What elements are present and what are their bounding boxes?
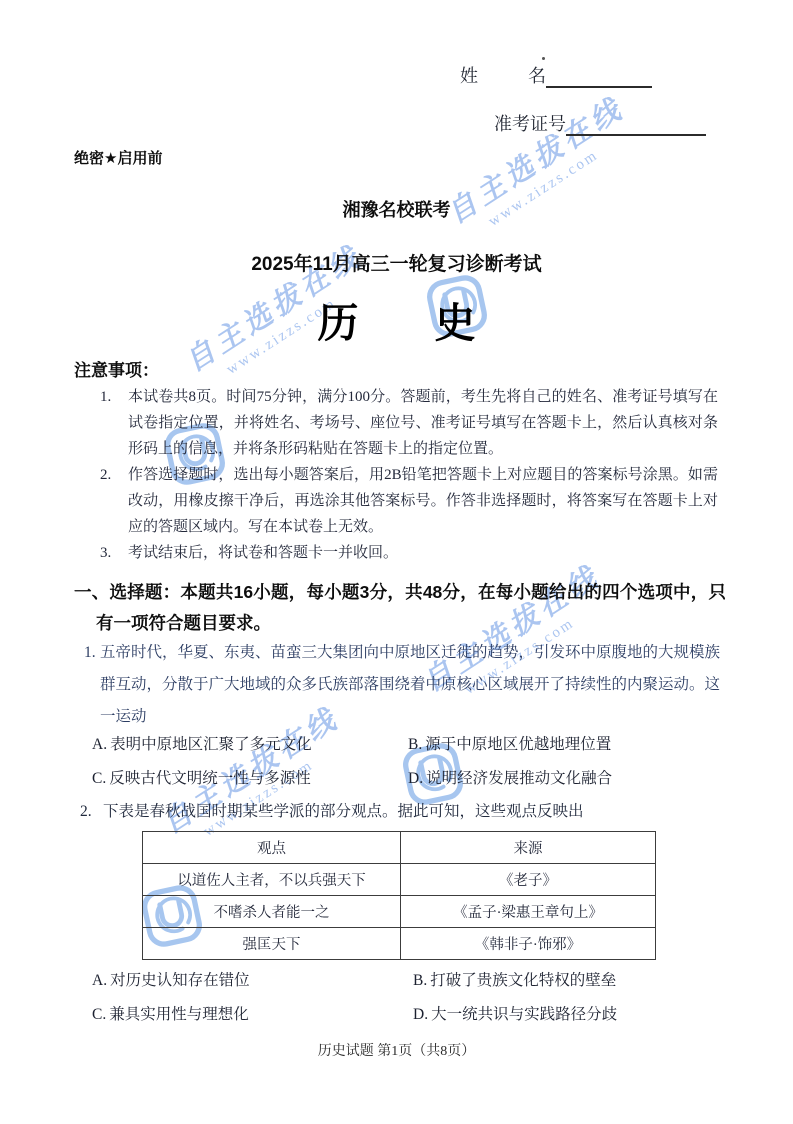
table-cell-viewpoint: 以道佐人主者，不以兵强天下 <box>143 864 401 896</box>
table-cell-viewpoint: 强匡天下 <box>143 928 401 960</box>
option-a: A.表明中原地区汇聚了多元文化 <box>92 728 408 762</box>
option-label: A. <box>92 972 107 989</box>
exam-no-blank-line <box>566 112 706 136</box>
notice-item-number: 2. <box>100 462 111 488</box>
option-label: B. <box>413 972 427 989</box>
scan-speck <box>542 57 545 60</box>
notice-item-number: 3. <box>100 540 111 566</box>
notice-item-text: 考试结束后，将试卷和答题卡一并收回。 <box>128 545 398 561</box>
name-blank-line <box>546 64 652 88</box>
option-text: 大一统共识与实践路径分歧 <box>431 1006 617 1023</box>
notice-heading: 注意事项： <box>74 356 159 381</box>
notice-item-text: 本试卷共8页。时间75分钟，满分100分。答题前，考生先将自己的姓名、准考证号填… <box>128 389 718 457</box>
option-c: C.反映古代文明统一性与多源性 <box>92 762 408 796</box>
option-b: B.源于中原地区优越地理位置 <box>408 728 612 762</box>
notice-item-number: 1. <box>100 384 111 410</box>
option-c: C.兼具实用性与理想化 <box>92 998 413 1032</box>
option-text: 表明中原地区汇聚了多元文化 <box>110 736 312 753</box>
option-text: 兼具实用性与理想化 <box>109 1006 249 1023</box>
section-heading: 一、选择题：本题共16小题，每小题3分，共48分，在每小题给出的四个选项中，只有… <box>74 577 726 639</box>
exam-paper-page: 自主选拔在线 www.zizzs.com 自主选拔在线 www.zizzs.co… <box>0 0 793 1124</box>
option-text: 说明经济发展推动文化融合 <box>426 770 612 787</box>
option-label: A. <box>92 736 107 753</box>
notice-item: 3. 考试结束后，将试卷和答题卡一并收回。 <box>98 540 718 566</box>
table-row: 以道佐人主者，不以兵强天下 《老子》 <box>143 864 656 896</box>
joint-exam-title: 湘豫名校联考 <box>0 196 793 222</box>
option-b: B.打破了贵族文化特权的壁垒 <box>413 964 617 998</box>
table-row: 强匡天下 《韩非子·饰邪》 <box>143 928 656 960</box>
question-1-options: A.表明中原地区汇聚了多元文化 B.源于中原地区优越地理位置 C.反映古代文明统… <box>92 728 612 796</box>
subject-title-text: 历史 <box>318 300 552 346</box>
option-a: A.对历史认知存在错位 <box>92 964 413 998</box>
question-2: 2. 下表是春秋战国时期某些学派的部分观点。据此可知，这些观点反映出 <box>78 797 720 827</box>
option-d: D.大一统共识与实践路径分歧 <box>413 998 617 1032</box>
option-label: D. <box>413 1006 428 1023</box>
exam-session-title: 2025年11月高三一轮复习诊断考试 <box>0 249 793 276</box>
table-cell-source: 《老子》 <box>401 864 656 896</box>
table-header-source: 来源 <box>401 832 656 864</box>
page-footer: 历史试题 第1页（共8页） <box>0 1040 793 1060</box>
table-cell-source: 《韩非子·饰邪》 <box>401 928 656 960</box>
question-2-options: A.对历史认知存在错位 B.打破了贵族文化特权的壁垒 C.兼具实用性与理想化 D… <box>92 964 617 1032</box>
question-2-number: 2. <box>80 797 92 827</box>
option-d: D.说明经济发展推动文化融合 <box>408 762 612 796</box>
option-text: 打破了贵族文化特权的壁垒 <box>430 972 616 989</box>
option-label: D. <box>408 770 423 787</box>
question-2-text: 下表是春秋战国时期某些学派的部分观点。据此可知，这些观点反映出 <box>103 803 584 820</box>
notice-item: 1. 本试卷共8页。时间75分钟，满分100分。答题前，考生先将自己的姓名、准考… <box>98 384 718 462</box>
table-cell-source: 《孟子·梁惠王章句上》 <box>401 896 656 928</box>
secrecy-notice: 绝密★启用前 <box>74 147 162 168</box>
subject-title: 历史 <box>0 290 793 349</box>
exam-no-field-row: 准考证号 <box>494 110 706 136</box>
question-1: 1. 五帝时代，华夏、东夷、苗蛮三大集团向中原地区迁徙的趋势，引发环中原腹地的大… <box>78 637 720 733</box>
table-header-row: 观点 来源 <box>143 832 656 864</box>
notice-list: 1. 本试卷共8页。时间75分钟，满分100分。答题前，考生先将自己的姓名、准考… <box>98 384 718 566</box>
question-1-text: 五帝时代，华夏、东夷、苗蛮三大集团向中原地区迁徙的趋势，引发环中原腹地的大规模族… <box>100 644 720 725</box>
option-text: 源于中原地区优越地理位置 <box>425 736 611 753</box>
question-1-number: 1. <box>84 637 96 669</box>
notice-item: 2. 作答选择题时，选出每小题答案后，用2B铅笔把答题卡上对应题目的答案标号涂黑… <box>98 462 718 540</box>
option-label: B. <box>408 736 422 753</box>
table-header-viewpoint: 观点 <box>143 832 401 864</box>
notice-item-text: 作答选择题时，选出每小题答案后，用2B铅笔把答题卡上对应题目的答案标号涂黑。如需… <box>128 467 718 535</box>
option-text: 反映古代文明统一性与多源性 <box>109 770 311 787</box>
option-text: 对历史认知存在错位 <box>110 972 250 989</box>
option-label: C. <box>92 770 106 787</box>
option-label: C. <box>92 1006 106 1023</box>
question-2-table: 观点 来源 以道佐人主者，不以兵强天下 《老子》 不嗜杀人者能一之 《孟子·梁惠… <box>142 831 656 960</box>
table-cell-viewpoint: 不嗜杀人者能一之 <box>143 896 401 928</box>
exam-no-field-label: 准考证号 <box>494 114 566 134</box>
name-field-row: 姓名 <box>460 62 652 88</box>
table-row: 不嗜杀人者能一之 《孟子·梁惠王章句上》 <box>143 896 656 928</box>
